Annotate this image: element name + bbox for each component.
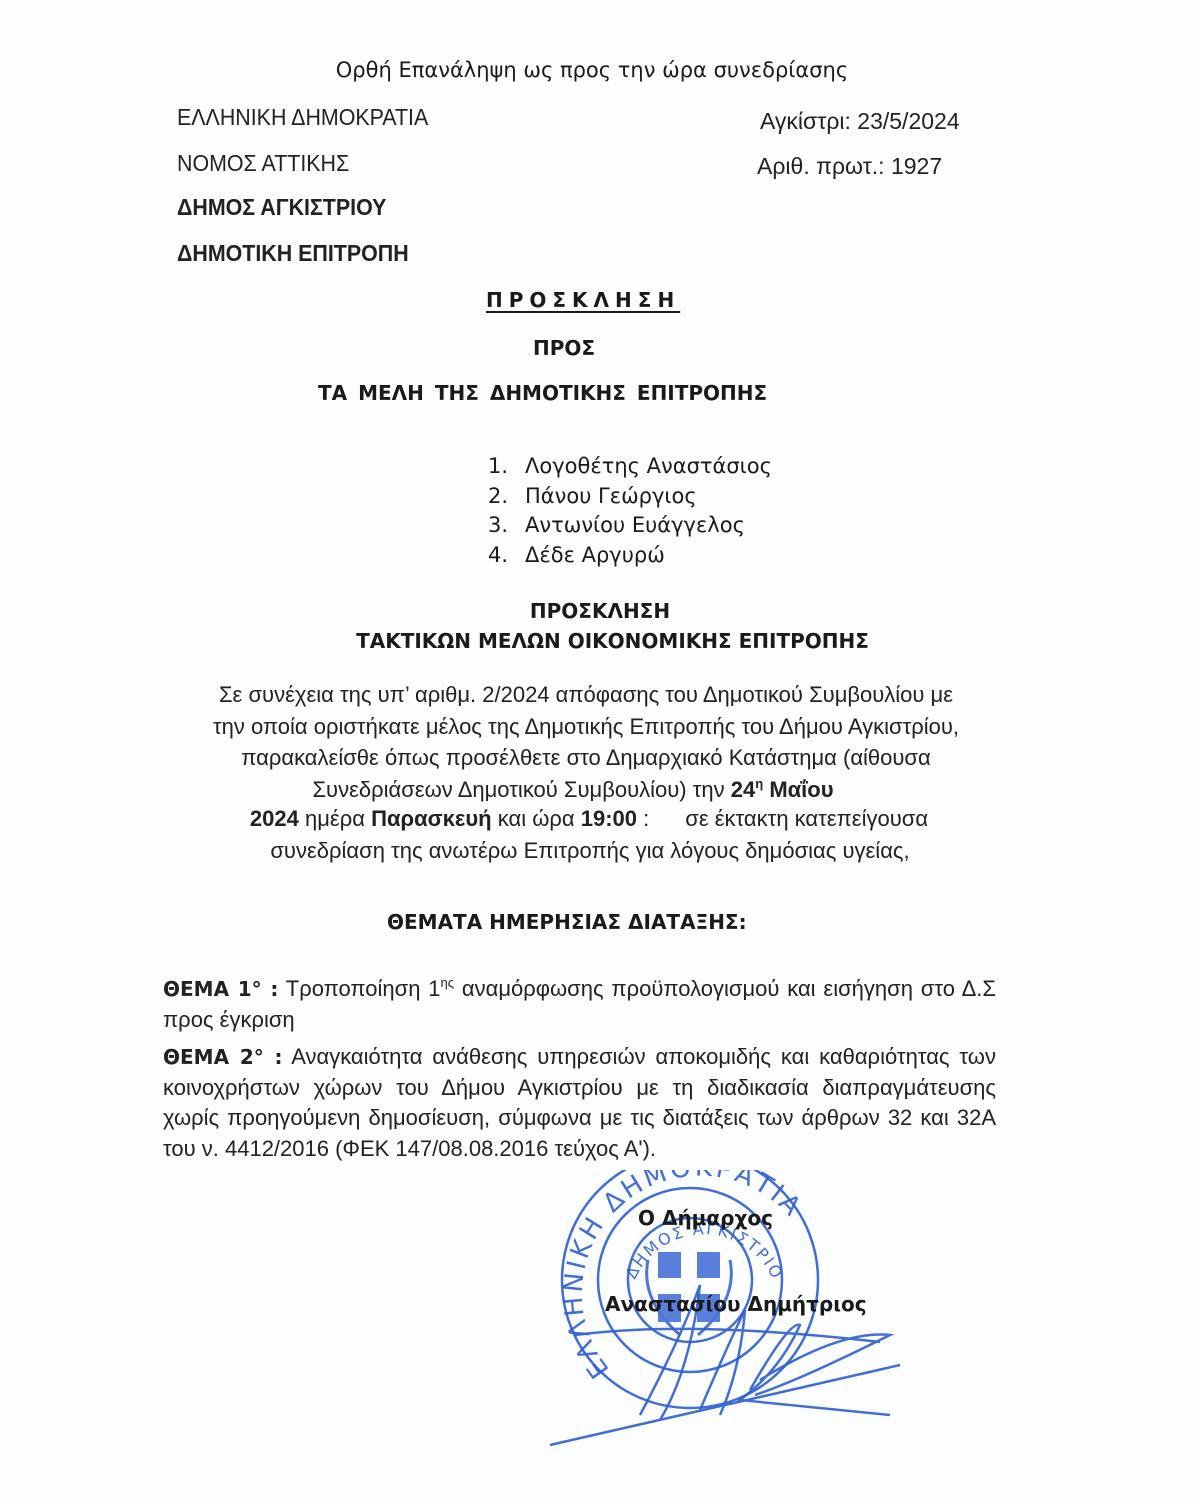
body-line-time: 2024 ημέρα Παρασκευή και ώρα 19:00 :σε έ… [0,806,1178,832]
meeting-weekday: Παρασκευή [371,806,492,831]
agenda-text: Τροποποίηση 1 [278,976,440,1001]
invitation-heading: ΠΡΟΣΚΛΗΣΗ ΤΑΚΤΙΚΩΝ ΜΕΛΩΝ ΟΙΚΟΝΟΜΙΚΗΣ ΕΠΙ… [0,596,1200,656]
ordinal-suffix: ης [441,975,455,990]
header-republic: ΕΛΛΗΝΙΚΗ ΔΗΜΟΚΡΑΤΙΑ [177,104,428,131]
member-name: Πάνου Γεώργιος [525,484,697,508]
body-line: συνεδρίαση της ανωτέρω Επιτροπής για λόγ… [0,838,1180,864]
meeting-time: 19:00 [581,806,637,831]
agenda-item-2: ΘΕΜΑ 2° : Αναγκαιότητα ανάθεσης υπηρεσιώ… [163,1042,996,1164]
agenda-heading: ΘΕΜΑΤΑ ΗΜΕΡΗΣΙΑΣ ΔΙΑΤΑΞΗΣ: [387,910,747,934]
body-line: Σε συνέχεια της υπ’ αριθμ. 2/2024 απόφασ… [0,682,1172,708]
text: : [637,806,649,831]
item-number: 1. [488,452,525,482]
text: σε έκτακτη κατεπείγουσα [685,806,928,831]
signatory-name: Αναστασίου Δημήτριος [605,1292,867,1316]
text: ημέρα [299,806,371,831]
list-item: 1.Λογοθέτης Αναστάσιος [488,452,772,482]
member-name: Λογοθέτης Αναστάσιος [525,454,772,478]
body-line-date: Συνεδριάσεων Δημοτικού Συμβουλίου) την 2… [0,776,1146,803]
list-item: 2.Πάνου Γεώργιος [488,482,772,512]
correction-note: Ορθή Επανάληψη ως προς την ώρα συνεδρίασ… [0,58,1184,82]
agenda-label: ΘΕΜΑ 2° : [163,1045,283,1069]
protocol-number: Αριθ. πρωτ.: 1927 [757,153,942,180]
meeting-month: Μαΐου [763,777,833,802]
header-prefecture: ΝΟΜΟΣ ΑΤΤΙΚΗΣ [177,150,349,177]
redaction-mark [649,811,685,829]
document-title: ΠΡΟΣΚΛΗΣΗ [486,288,680,312]
invitation-heading-line2: ΤΑΚΤΙΚΩΝ ΜΕΛΩΝ ΟΙΚΟΝΟΜΙΚΗΣ ΕΠΙΤΡΟΠΗΣ [25,626,1200,656]
meeting-year: 2024 [250,806,299,831]
to-label: ΠΡΟΣ [533,336,595,360]
agenda-item-1: ΘΕΜΑ 1° : Τροποποίηση 1ης αναμόρφωσης πρ… [163,968,996,1035]
header-committee: ΔΗΜΟΤΙΚΗ ΕΠΙΤΡΟΠΗ [177,240,409,267]
item-number: 4. [488,541,525,571]
recipients-heading: ΤΑ ΜΕΛΗ ΤΗΣ ΔΗΜΟΤΙΚΗΣ ΕΠΙΤΡΟΠΗΣ [318,381,767,405]
place-date: Αγκίστρι: 23/5/2024 [760,108,960,135]
member-name: Αντωνίου Ευάγγελος [525,513,745,537]
list-item: 3.Αντωνίου Ευάγγελος [488,511,772,541]
text: Συνεδριάσεων Δημοτικού Συμβουλίου) την [312,777,730,802]
body-line: την οποία οριστήκατε μέλος της Δημοτικής… [0,714,1172,740]
agenda-text: Αναγκαιότητα ανάθεσης υπηρεσιών αποκομιδ… [163,1044,996,1161]
list-item: 4.Δέδε Αργυρώ [488,541,772,571]
agenda-label: ΘΕΜΑ 1° : [163,977,278,1001]
invitation-heading-line1: ΠΡΟΣΚΛΗΣΗ [0,596,1200,626]
text: και ώρα [492,806,581,831]
meeting-day: 24 [731,777,755,802]
item-number: 3. [488,511,525,541]
member-name: Δέδε Αργυρώ [525,543,665,567]
body-line: παρακαλείσθε όπως προσέλθετε στο Δημαρχι… [0,745,1172,771]
signatory-role: Ο Δήμαρχος [638,1206,773,1230]
header-municipality: ΔΗΜΟΣ ΑΓΚΙΣΤΡΙΟΥ [177,194,386,221]
member-list: 1.Λογοθέτης Αναστάσιος 2.Πάνου Γεώργιος … [488,452,772,570]
item-number: 2. [488,482,525,512]
